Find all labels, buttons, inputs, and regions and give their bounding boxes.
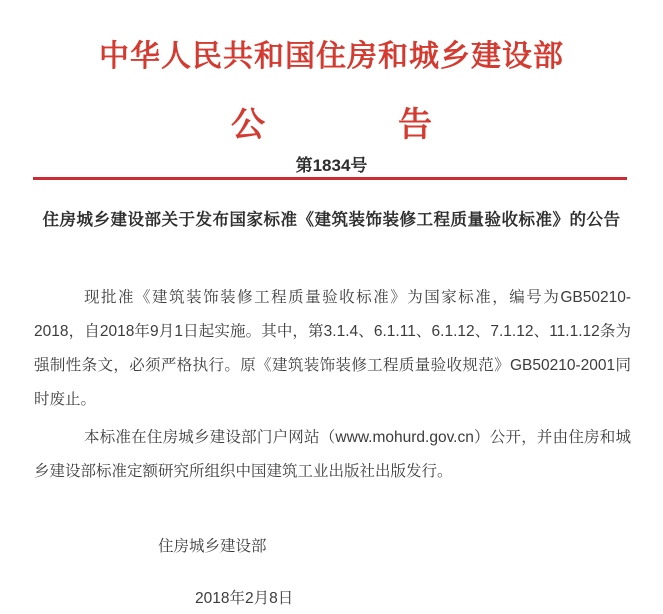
body-paragraph: 现批准《建筑装饰装修工程质量验收标准》为国家标准，编号为GB50210-2018… <box>34 281 631 417</box>
ministry-title: 中华人民共和国住房和城乡建设部 <box>0 31 663 75</box>
announcement-char-gao: 告 <box>398 97 432 146</box>
date: 2018年2月8日 <box>195 586 293 608</box>
header-divider-line <box>33 177 627 180</box>
document-heading: 住房城乡建设部关于发布国家标准《建筑装饰装修工程质量验收标准》的公告 <box>0 206 663 230</box>
body-paragraph: 本标准在住房城乡建设部门户网站（www.mohurd.gov.cn）公开，并由住… <box>34 421 631 489</box>
announcement-char-gong: 公 <box>231 97 265 146</box>
issue-number: 第1834号 <box>0 151 663 176</box>
signature: 住房城乡建设部 <box>158 534 267 556</box>
announcement-title: 公 告 <box>0 97 663 146</box>
document-body: 现批准《建筑装饰装修工程质量验收标准》为国家标准，编号为GB50210-2018… <box>34 281 631 489</box>
announcement-document: 中华人民共和国住房和城乡建设部 公 告 第1834号 住房城乡建设部关于发布国家… <box>0 0 663 614</box>
